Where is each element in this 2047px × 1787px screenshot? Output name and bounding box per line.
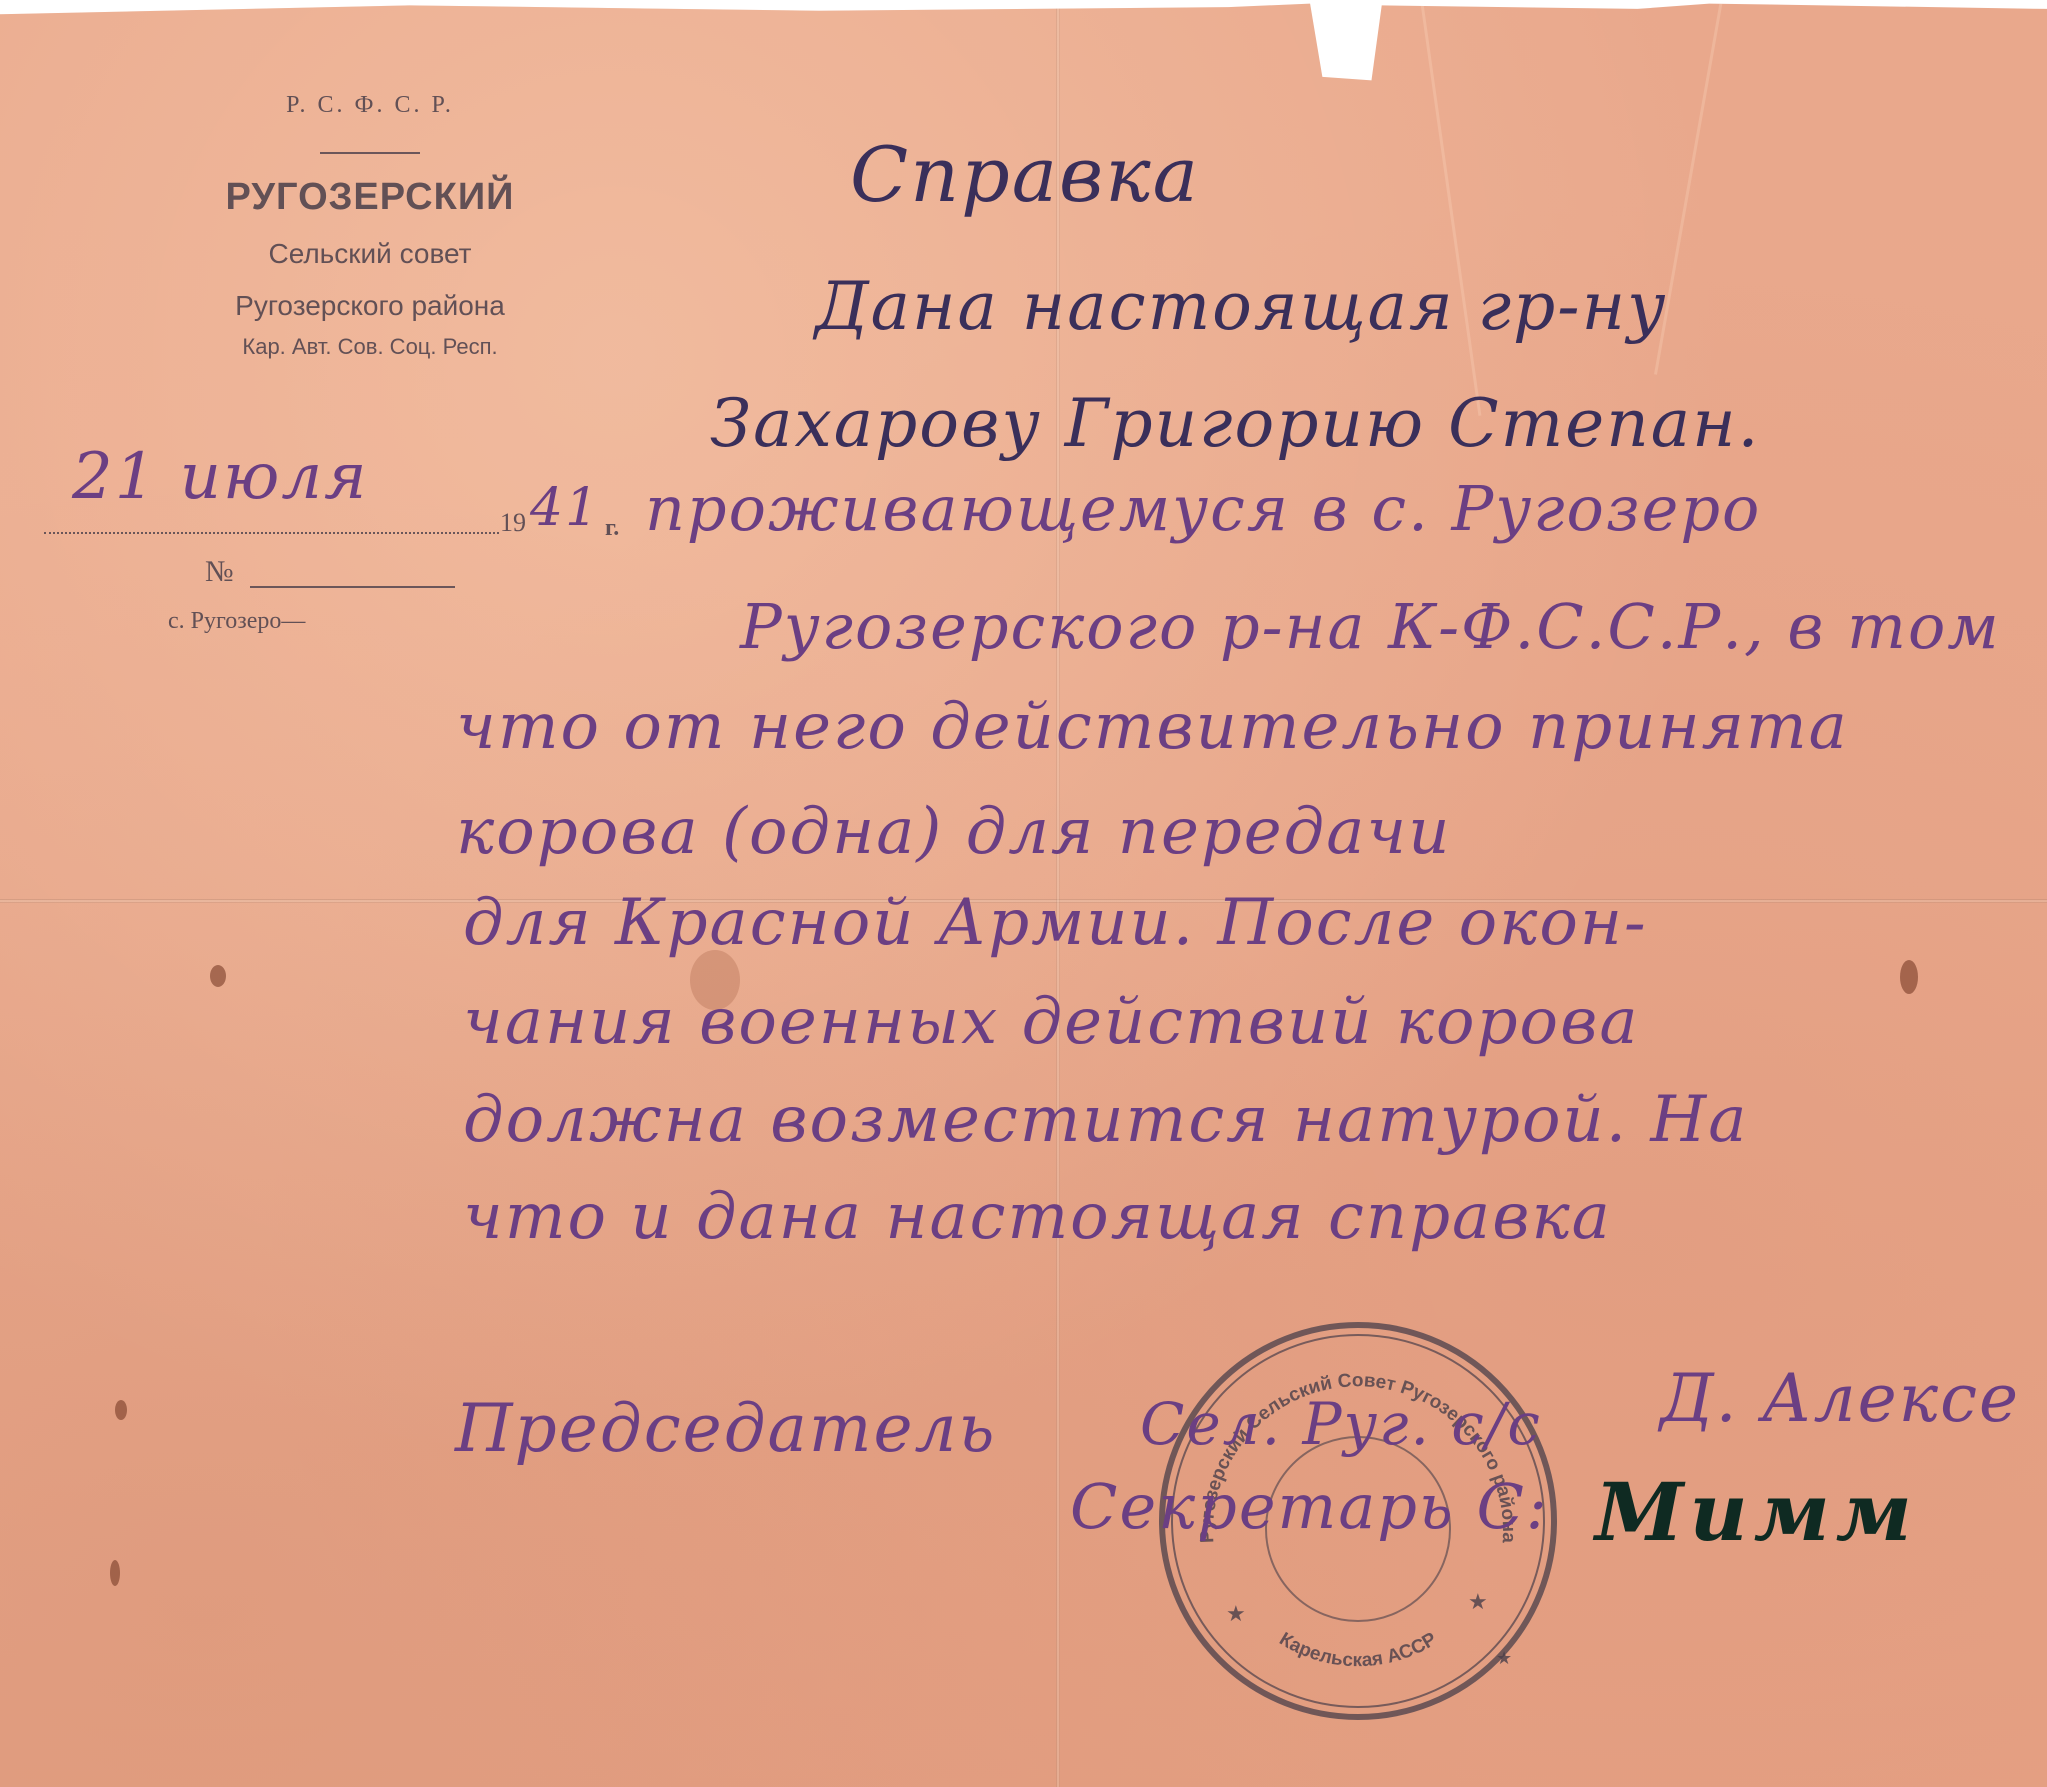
place: с. Ругозеро— bbox=[168, 608, 305, 635]
body-line: проживающемуся в с. Ругозеро bbox=[645, 472, 1761, 545]
crease bbox=[1420, 0, 1481, 416]
chairman-label: Председатель bbox=[455, 1390, 997, 1467]
chairman-signature: Д. Алексе bbox=[1660, 1360, 2020, 1437]
date-year-suffix: 41 bbox=[530, 478, 600, 538]
body-line: должна возместится натурой. На bbox=[463, 1083, 1748, 1157]
body-line: Ругозерского р-на К-Ф.С.С.Р., в том bbox=[740, 590, 2001, 663]
document-title: Справка bbox=[850, 130, 1200, 219]
seal-bottom-text: Карельская АССР bbox=[1276, 1628, 1441, 1671]
body-line: Захарову Григорию Степан. bbox=[710, 385, 1761, 462]
body-line: Дана настоящая гр-ну bbox=[815, 268, 1667, 345]
letterhead-divider bbox=[320, 152, 420, 154]
body-line: что и дана настоящая справка bbox=[463, 1180, 1612, 1254]
secretary-label: Секретарь С: bbox=[1070, 1470, 1549, 1543]
date-year-prefix: 19 bbox=[500, 508, 526, 538]
body-line: что от него действительно принята bbox=[456, 690, 1849, 764]
stain bbox=[210, 965, 226, 987]
letterhead-district: Ругозерского района bbox=[130, 290, 610, 322]
stain bbox=[115, 1400, 127, 1420]
seal-star-icon: ★ bbox=[1468, 1589, 1488, 1614]
number-line bbox=[250, 586, 455, 588]
seal-star-icon: ★ bbox=[1226, 1601, 1246, 1626]
secretary-signature: Мимм bbox=[1595, 1465, 1918, 1559]
stain bbox=[1900, 960, 1918, 994]
date-day-month: 21 июля bbox=[72, 440, 368, 514]
date-g: г. bbox=[605, 515, 619, 542]
number-label: № bbox=[205, 555, 234, 589]
body-line: корова (одна) для передачи bbox=[456, 795, 1451, 869]
stain bbox=[110, 1560, 120, 1586]
date-line bbox=[44, 532, 499, 534]
body-line: для Красной Армии. После окон- bbox=[463, 886, 1648, 960]
letterhead-council-type: Сельский совет bbox=[130, 238, 610, 270]
chairman-council-abbrev: Сел. Руг. с/с bbox=[1140, 1390, 1542, 1458]
body-line: чания военных действий корова bbox=[463, 985, 1639, 1059]
seal-star-icon: ★ bbox=[1496, 1648, 1512, 1668]
letterhead-council-name: РУГОЗЕРСКИЙ bbox=[130, 176, 610, 219]
letterhead-republic: Р. С. Ф. С. Р. bbox=[130, 92, 610, 119]
letterhead-republic-full: Кар. Авт. Сов. Соц. Респ. bbox=[130, 334, 610, 360]
document-paper: Р. С. Ф. С. Р. РУГОЗЕРСКИЙ Сельский сове… bbox=[0, 0, 2047, 1787]
